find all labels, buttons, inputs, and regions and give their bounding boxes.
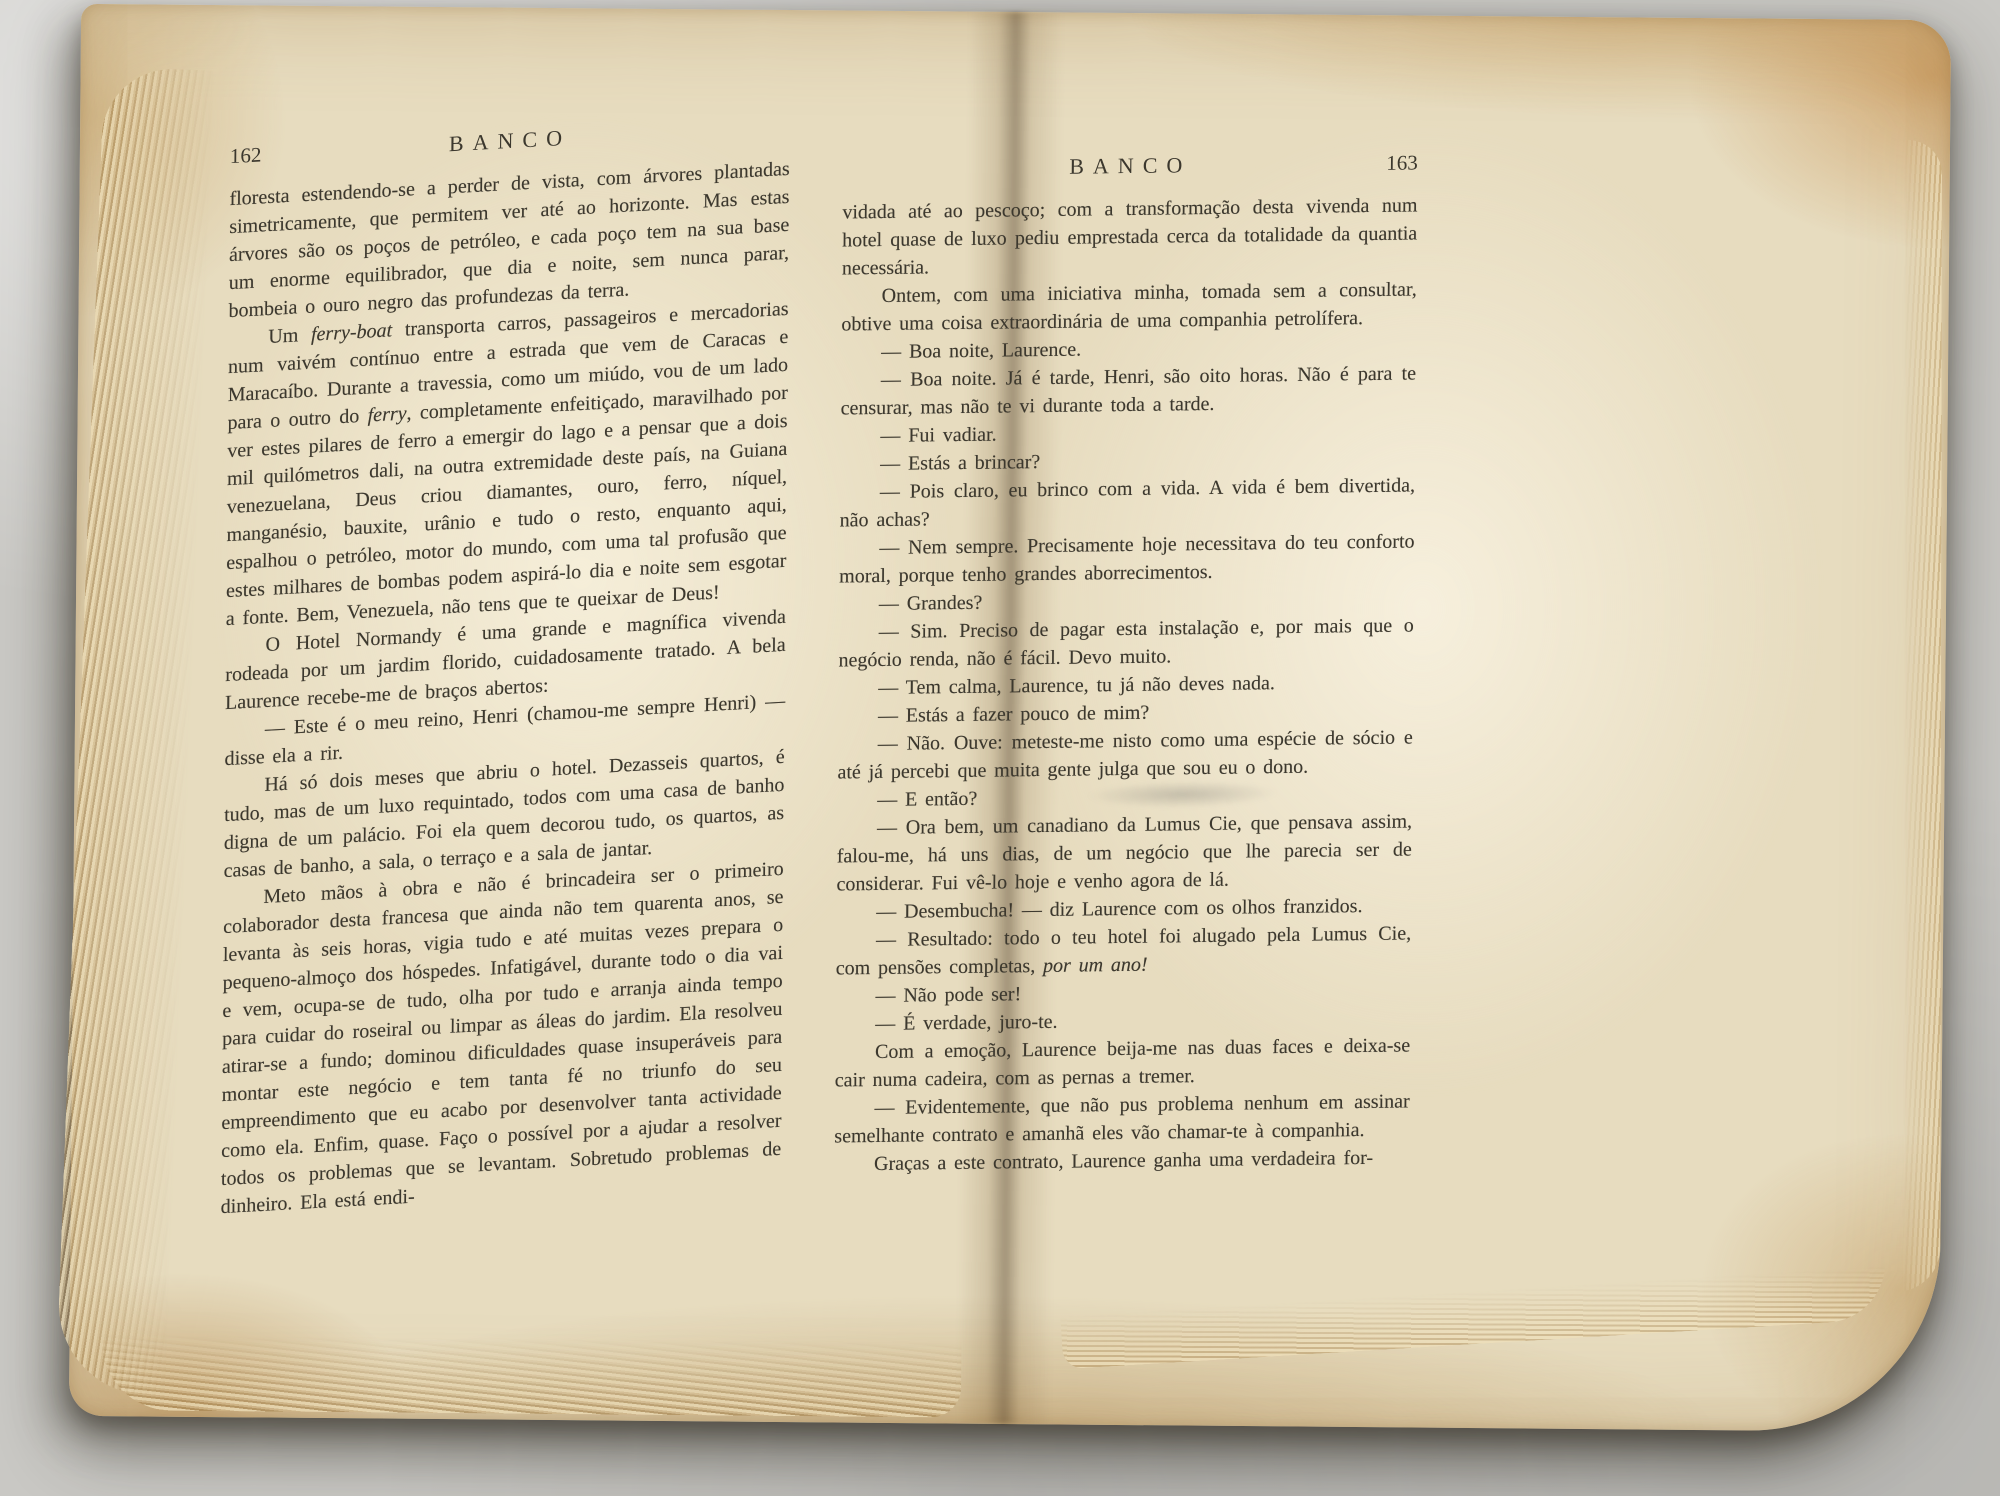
paragraph: — Ora bem, um canadiano da Lumus Cie, qu… — [836, 807, 1412, 898]
page-edges-bottom-right — [1060, 1257, 1889, 1369]
header-spacer-left — [726, 133, 790, 136]
paragraph: vidada até ao pescoço; com a transformaç… — [842, 191, 1418, 282]
page-number-left: 162 — [230, 140, 294, 169]
paragraph: Com a emoção, Laurence beija-me nas duas… — [835, 1031, 1411, 1094]
paragraph: — Sim. Preciso de pagar esta instalação … — [838, 611, 1414, 674]
left-page: 162 BANCO floresta estendendo-se a perde… — [221, 113, 791, 1221]
open-book: 162 BANCO floresta estendendo-se a perde… — [69, 4, 1951, 1432]
page-number-right: 163 — [1354, 149, 1418, 176]
header-spacer-right — [843, 176, 907, 177]
running-header-right: BANCO 163 — [843, 149, 1418, 182]
page-text-left: floresta estendendo-se a perder de vista… — [221, 155, 790, 1221]
paragraph: Ontem, com uma iniciativa minha, tomada … — [841, 275, 1417, 338]
page-text-right: vidada até ao pescoço; com a transformaç… — [834, 191, 1418, 1178]
page-edges-left — [56, 67, 233, 1397]
paragraph: Meto mãos à obra e não é brincadeira ser… — [221, 855, 784, 1221]
page-edges-bottom — [101, 1326, 962, 1418]
table-surface: 162 BANCO floresta estendendo-se a perde… — [0, 0, 2000, 1496]
paragraph: — Pois claro, eu brinco com a vida. A vi… — [840, 471, 1416, 534]
paragraph: — Evidentemente, que não pus problema ne… — [834, 1087, 1410, 1150]
right-page: BANCO 163 vidada até ao pescoço; com a t… — [834, 149, 1418, 1178]
paragraph: — Nem sempre. Precisamente hoje necessit… — [839, 527, 1415, 590]
paragraph: — Boa noite. Já é tarde, Henri, são oito… — [841, 359, 1417, 422]
page-edges-right — [1894, 140, 1942, 1292]
paragraph: — Resultado: todo o teu hotel foi alugad… — [836, 919, 1412, 982]
paragraph: — Não. Ouve: meteste-me nisto como uma e… — [837, 723, 1413, 786]
running-title-left: BANCO — [294, 116, 726, 165]
paragraph: Um ferry-boat transporta carros, passage… — [226, 295, 789, 633]
paragraph: Graças a este contrato, Laurence ganha u… — [834, 1143, 1409, 1178]
running-title-right: BANCO — [907, 150, 1354, 181]
